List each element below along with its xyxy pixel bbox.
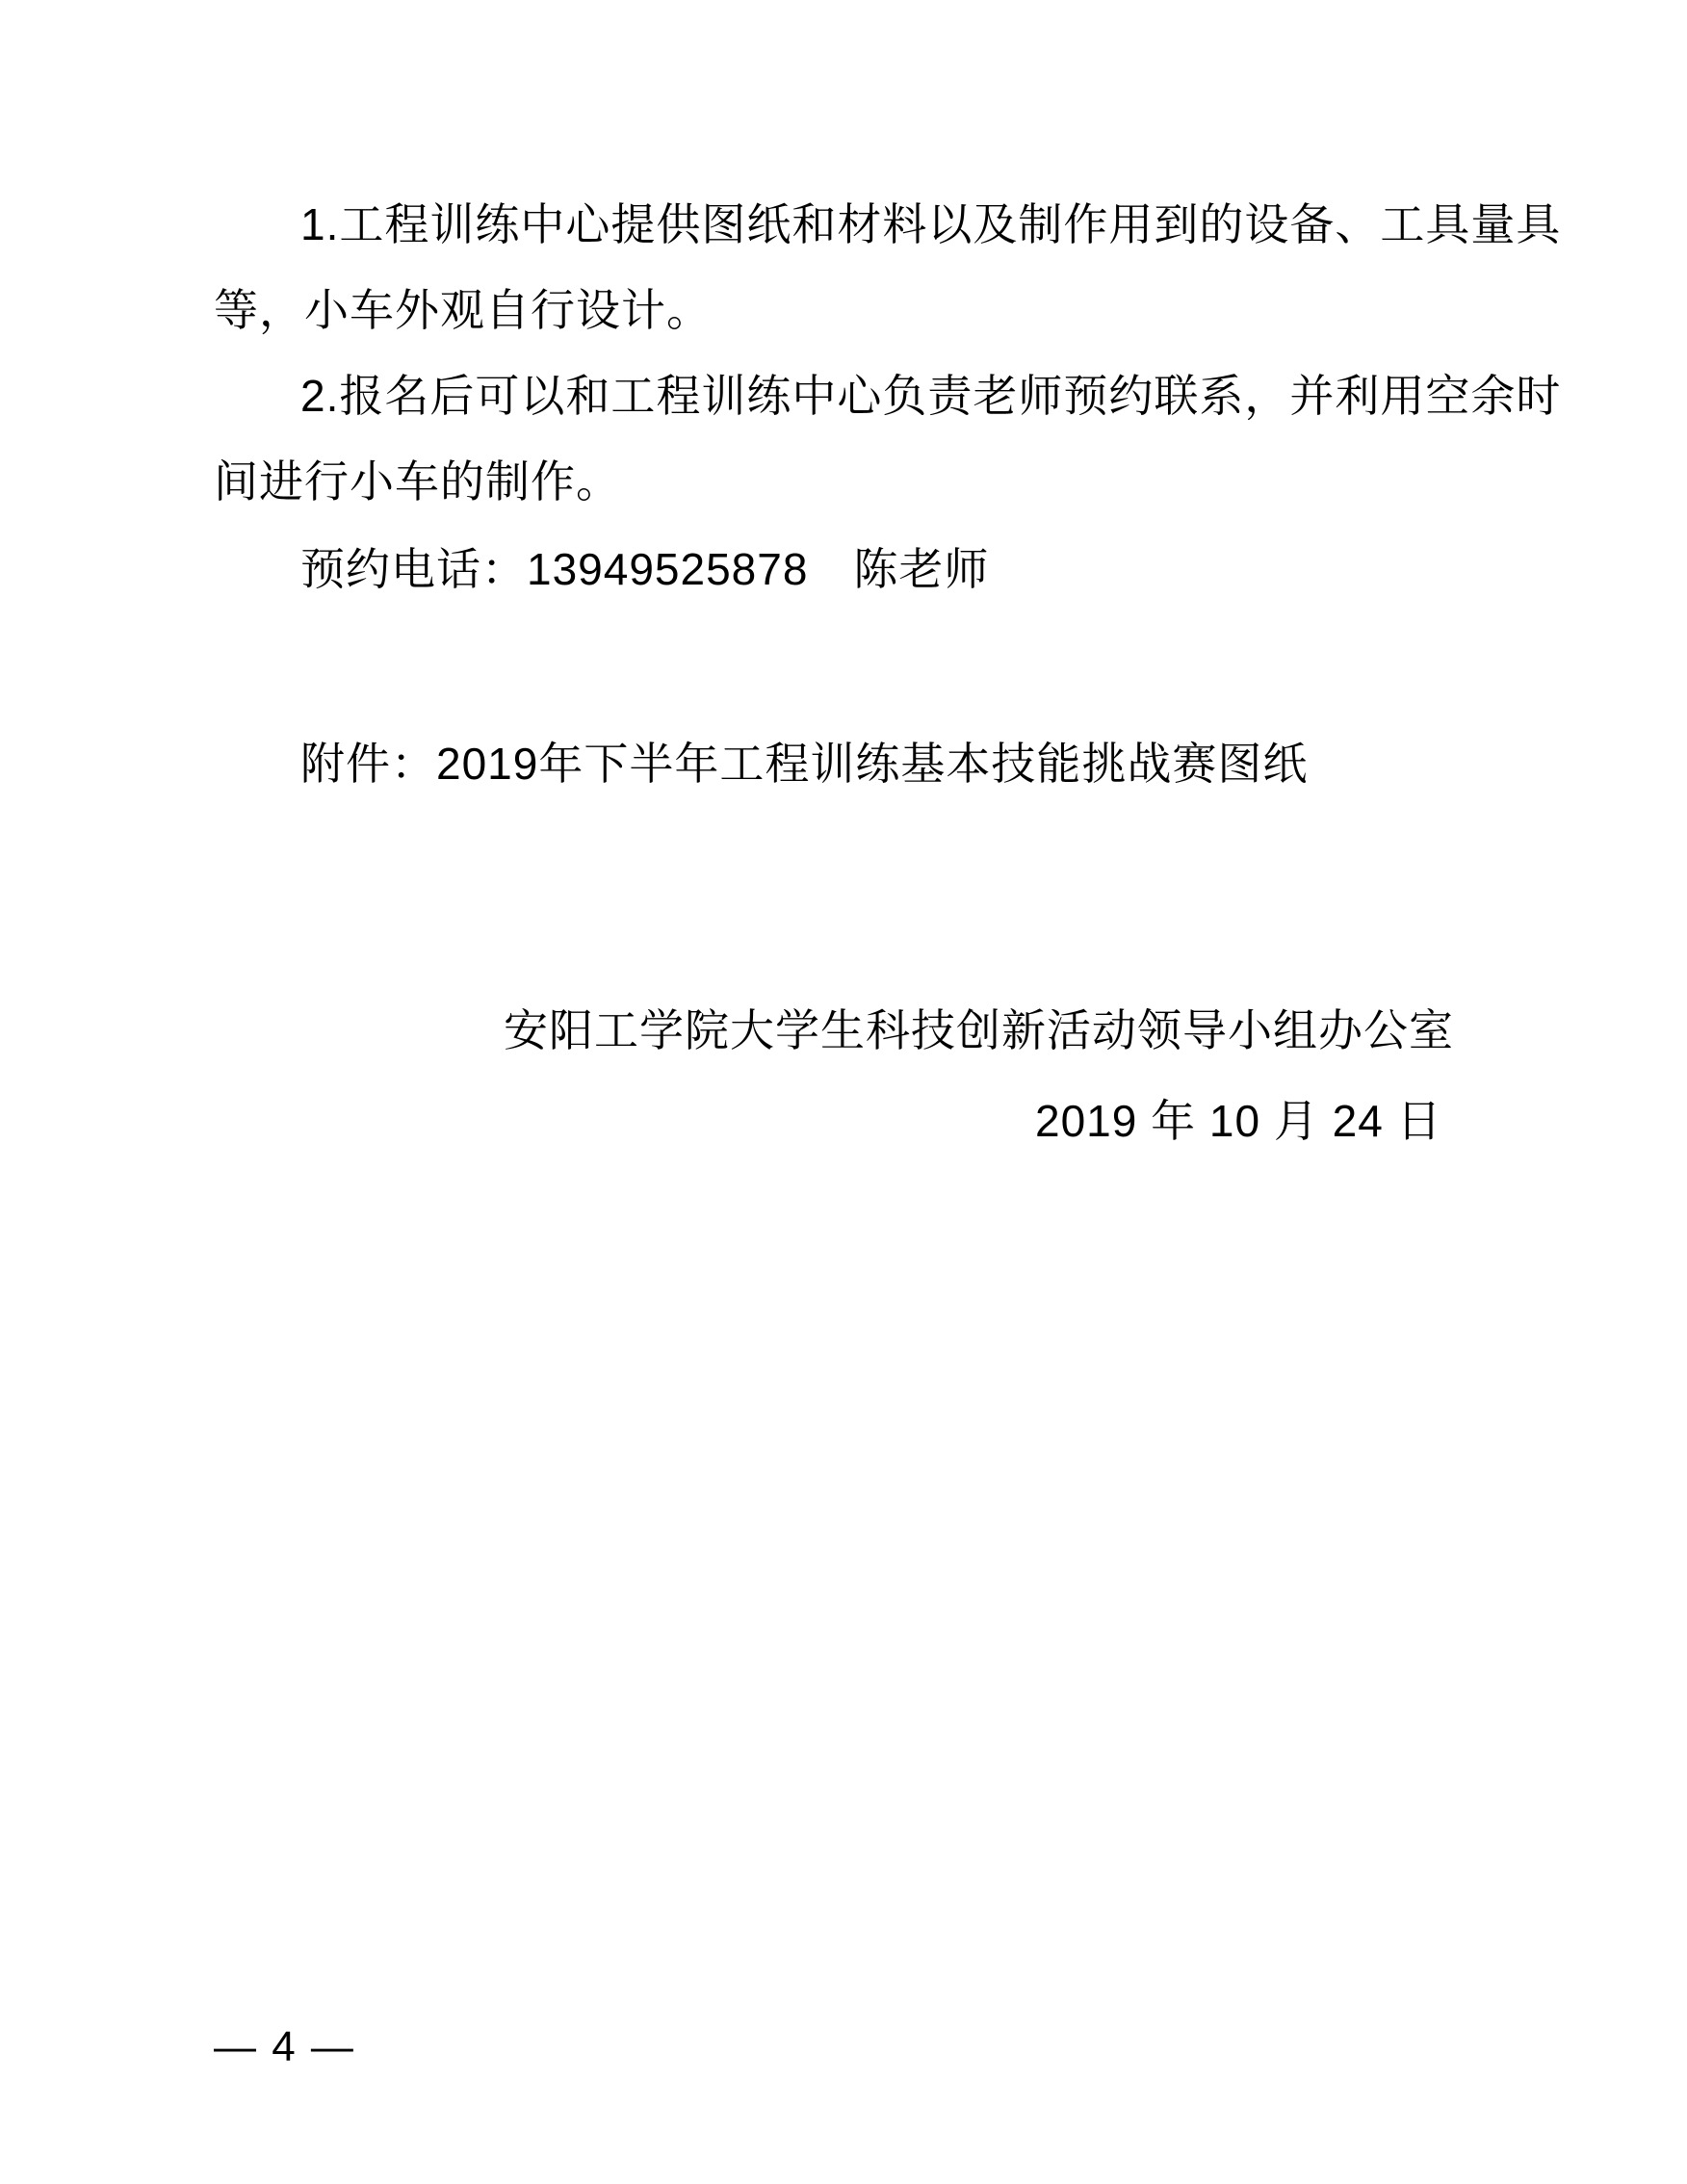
- phone-contact-paragraph: 预约电话：13949525878 陈老师: [214, 527, 1494, 612]
- attachment-paragraph: 附件：2019年下半年工程训练基本技能挑战赛图纸: [214, 721, 1494, 807]
- document-page: 1.工程训练中心提供图纸和材料以及制作用到的设备、工具量具 等，小车外观自行设计…: [0, 0, 1687, 2184]
- paragraph-item-1: 1.工程训练中心提供图纸和材料以及制作用到的设备、工具量具 等，小车外观自行设计…: [214, 182, 1494, 353]
- phone-contact-line: 预约电话：13949525878 陈老师: [214, 527, 1494, 612]
- signature-date: 2019 年 10 月 24 日: [1035, 1079, 1442, 1164]
- paragraph-item-2-line-2: 间进行小车的制作。: [214, 439, 1494, 525]
- paragraph-item-1-line-1: 1.工程训练中心提供图纸和材料以及制作用到的设备、工具量具: [214, 182, 1494, 268]
- paragraph-item-2-line-1: 2.报名后可以和工程训练中心负责老师预约联系，并利用空余时: [214, 353, 1494, 439]
- paragraph-item-1-line-2: 等，小车外观自行设计。: [214, 268, 1494, 353]
- signature-organization: 安阳工学院大学生科技创新活动领导小组办公室: [504, 988, 1454, 1074]
- attachment-line: 附件：2019年下半年工程训练基本技能挑战赛图纸: [214, 721, 1494, 807]
- page-number: — 4 —: [214, 2022, 355, 2072]
- paragraph-item-2: 2.报名后可以和工程训练中心负责老师预约联系，并利用空余时 间进行小车的制作。: [214, 353, 1494, 525]
